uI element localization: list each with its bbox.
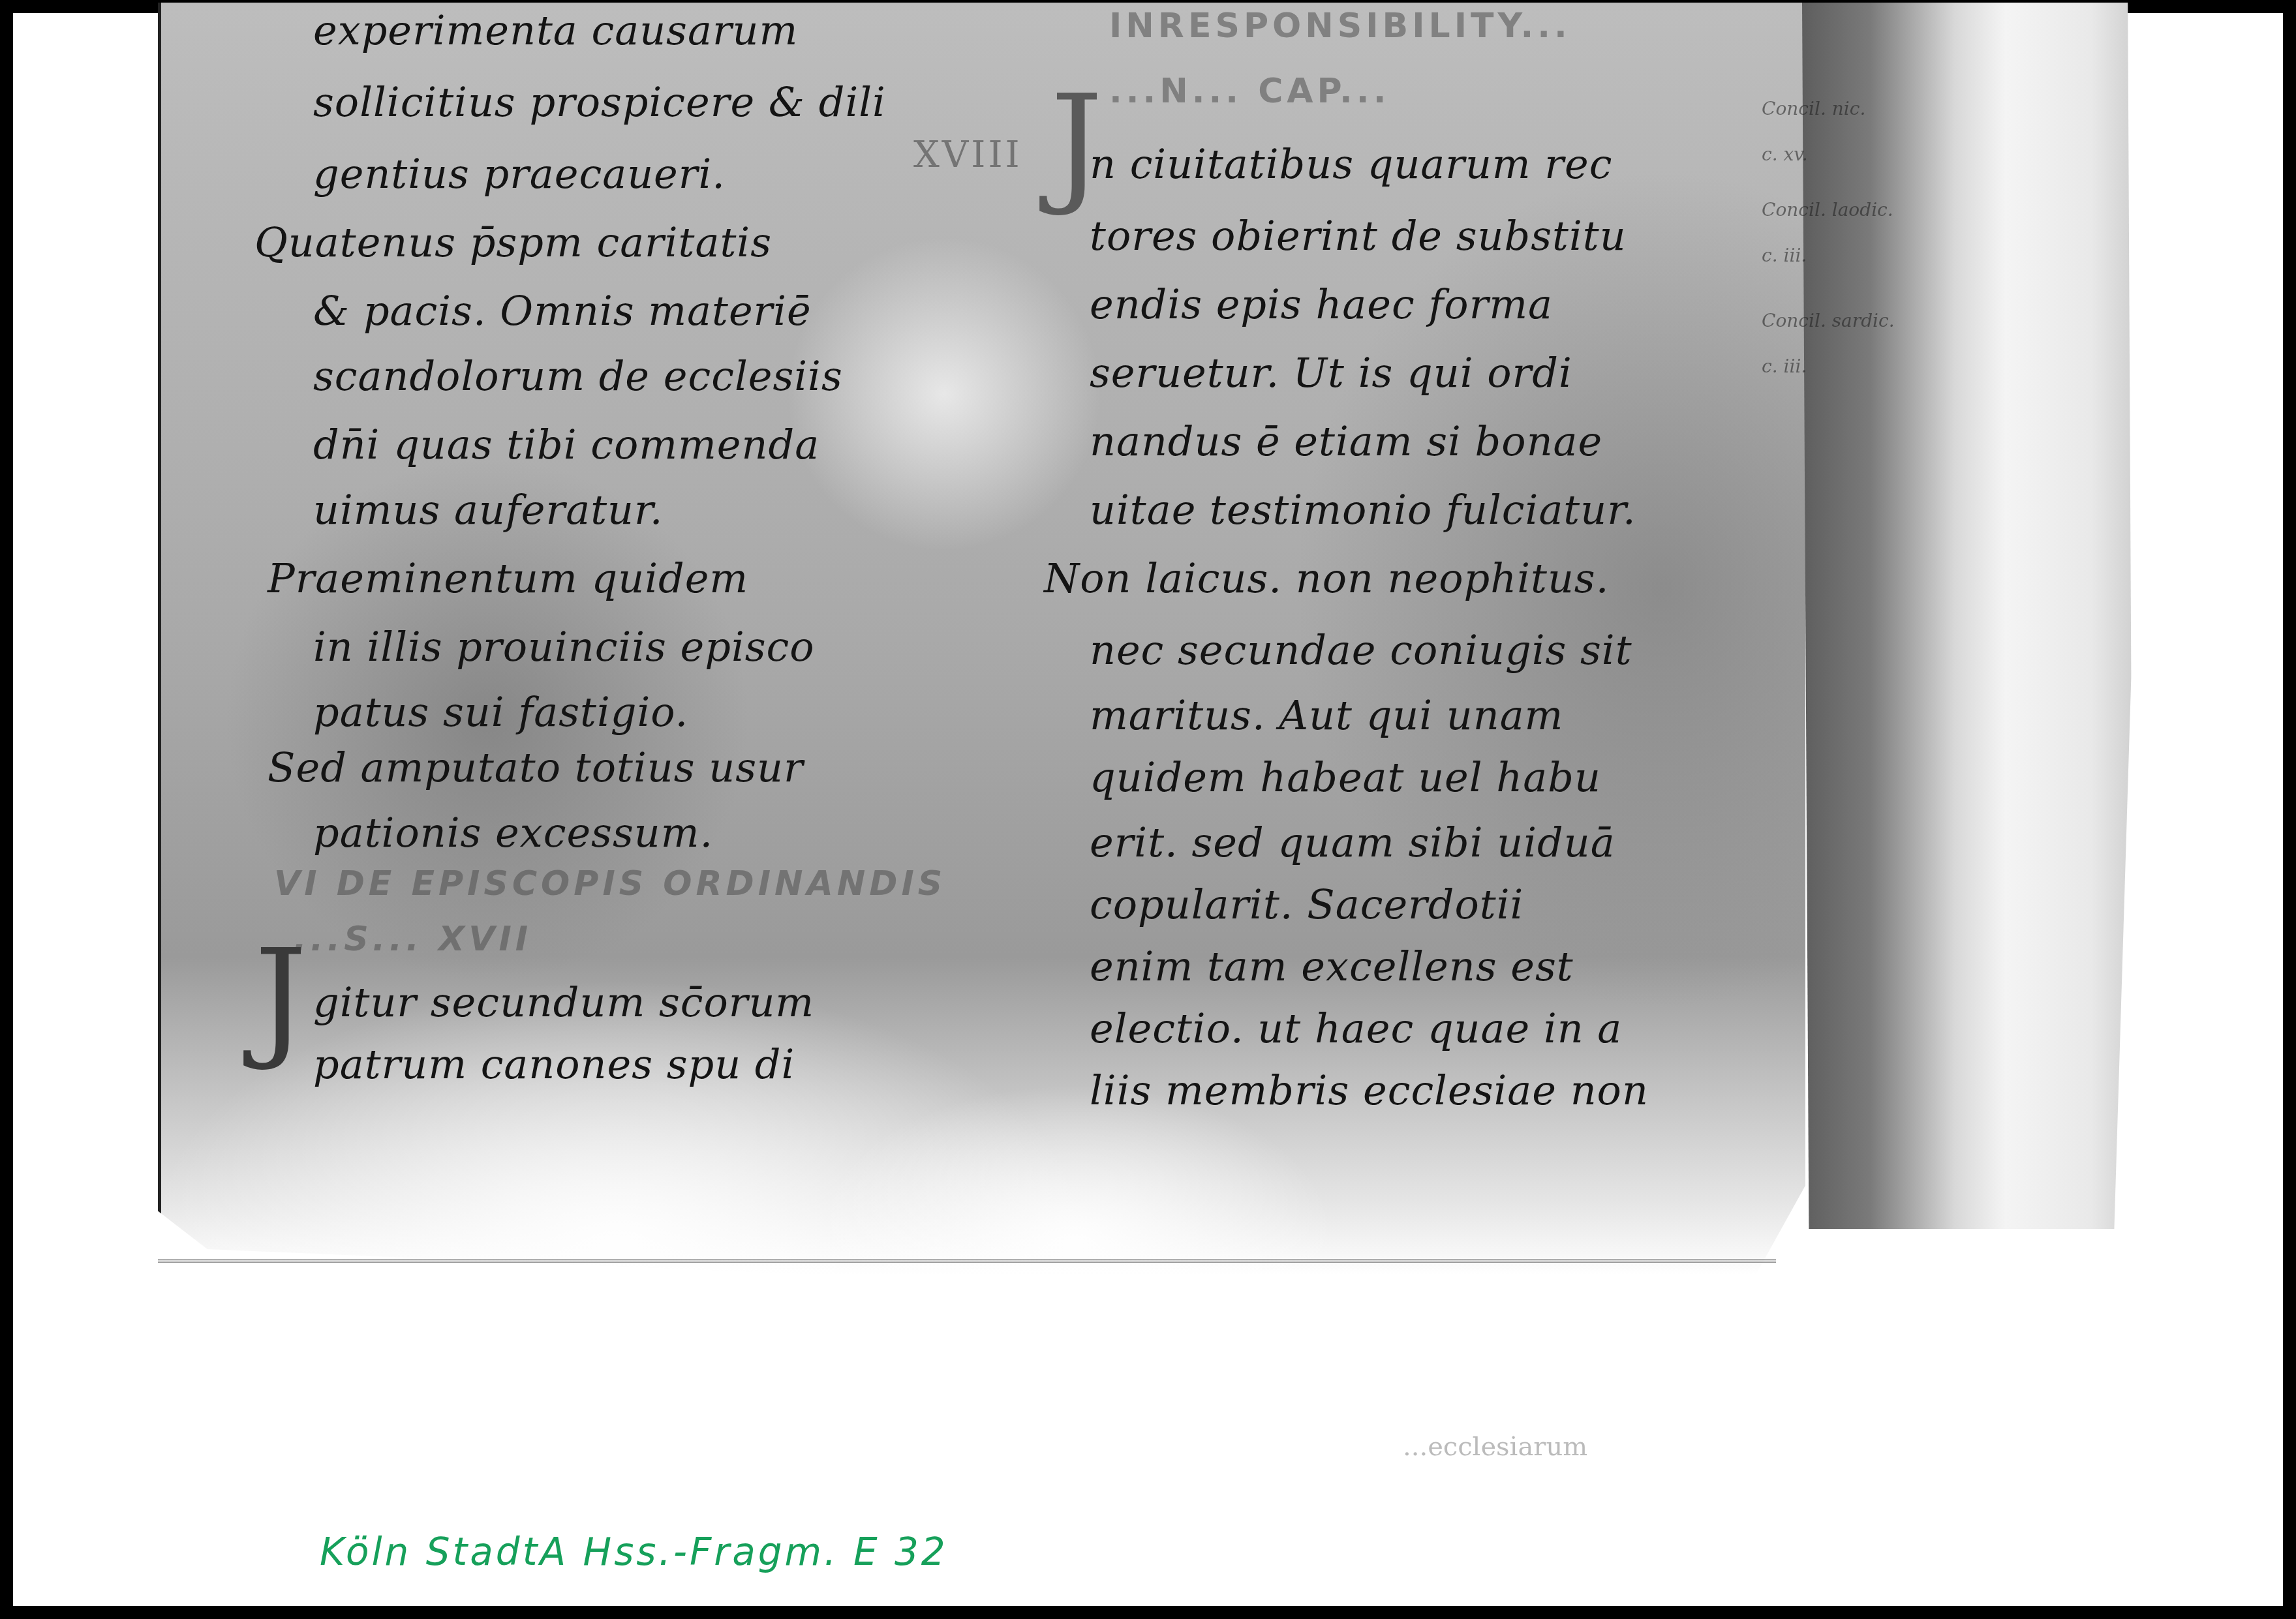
margin-note: Concil. nic.	[1762, 98, 1865, 119]
text-line: gentius praecaueri.	[313, 150, 726, 198]
text-line: uitae testimonio fulciatur.	[1090, 486, 1636, 534]
chapter-numeral: XVIII	[913, 134, 1022, 176]
text-line: nandus ē etiam si bonae	[1090, 417, 1602, 465]
text-line: in illis prouinciis episco	[313, 623, 815, 671]
text-line: Sed amputato totius usur	[268, 744, 804, 791]
margin-note: c. xv.	[1762, 144, 1808, 165]
rubric-heading: ...S... XVII	[294, 920, 532, 959]
text-line: & pacis. Omnis materiē	[313, 287, 812, 335]
rubric-heading: VI DE EPISCOPIS ORDINANDIS	[274, 864, 946, 903]
text-line: copularit. Sacerdotii	[1090, 881, 1523, 928]
conjugate-leaf-strip	[1802, 3, 2141, 1229]
fold-crease	[158, 1259, 1776, 1263]
text-line: dn̄i quas tibi commenda	[313, 421, 819, 468]
text-line: Praeminentum quidem	[268, 554, 748, 602]
text-line: pationis excessum.	[313, 809, 713, 856]
text-line: enim tam excellens est	[1090, 943, 1574, 990]
text-line: uimus auferatur.	[313, 486, 664, 534]
archive-shelfmark: Köln StadtA Hss.-Fragm. E 32	[320, 1530, 948, 1574]
offset-text: ...ecclesiarum	[1403, 1432, 1587, 1462]
text-line: maritus. Aut qui unam	[1090, 691, 1563, 739]
text-line: quidem habeat uel habu	[1090, 753, 1601, 801]
text-line: endis epis haec forma	[1090, 280, 1553, 328]
margin-note: Concil. sardic.	[1762, 310, 1895, 331]
text-line: experimenta causarum	[313, 7, 798, 54]
text-line: sollicitius prospicere & dili	[313, 78, 886, 126]
text-line: electio. ut haec quae in a	[1090, 1005, 1622, 1052]
text-line: erit. sed quam sibi uiduā	[1090, 819, 1615, 866]
text-line: nec secundae coniugis sit	[1090, 626, 1632, 674]
text-line: gitur secundum sc̄orum	[313, 978, 814, 1026]
rubric-heading: ...N... CAP...	[1109, 72, 1390, 111]
initial-letter-j: J	[254, 933, 307, 1063]
margin-note: c. iii.	[1762, 245, 1807, 266]
margin-note: Concil. laodic.	[1762, 199, 1893, 220]
text-line: seruetur. Ut is qui ordi	[1090, 349, 1572, 397]
text-line: Non laicus. non neophitus.	[1044, 554, 1609, 602]
text-line: patus sui fastigio.	[313, 688, 688, 736]
margin-note: c. iii.	[1762, 356, 1807, 377]
text-line: liis membris ecclesiae non	[1090, 1067, 1649, 1114]
text-line: n ciuitatibus quarum rec	[1090, 140, 1612, 188]
text-line: tores obierint de substitu	[1090, 212, 1627, 260]
text-line: patrum canones spu di	[313, 1040, 795, 1088]
rubric-heading: INRESPONSIBILITY...	[1109, 7, 1571, 46]
text-line: Quatenus p̄spm caritatis	[254, 219, 772, 266]
text-line: scandolorum de ecclesiis	[313, 352, 843, 400]
